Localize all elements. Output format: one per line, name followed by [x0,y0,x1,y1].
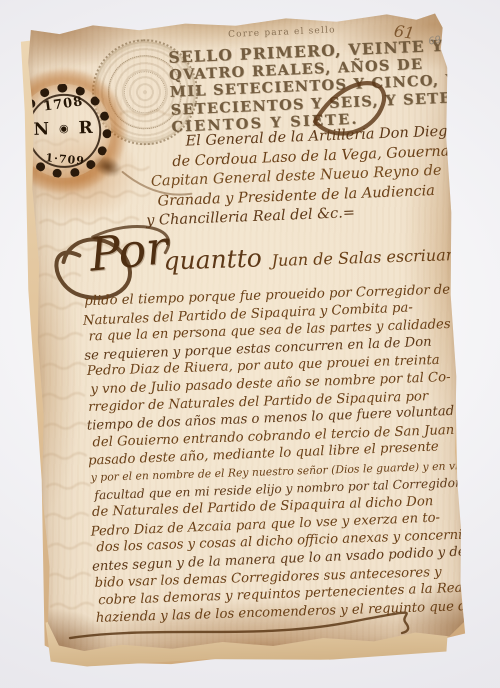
opening-word: quantto [163,243,262,275]
opening-rest: Juan de Salas escriuano a cum- [271,243,500,270]
opening-initial: Por [87,220,171,282]
overprint-line: Corre para el sello [228,25,336,40]
orb-ornament-icon: ◉ [59,122,71,135]
sello-heading: SELLO PRIMERO, VEINTE Y QVATRO REALES, A… [168,37,444,137]
folio-number-pencil: 69 [428,35,442,48]
stamp-letter-left: N [33,119,51,140]
intro-paragraph: El General de la Artilleria Don Diego de… [147,123,452,231]
stamp-letter-right: R [78,118,95,139]
manuscript-page: 1708 N ◉ R 1·709 Corre para el sello SEL… [26,11,467,655]
body-paragraph: plido el tiempo porque fue proueido por … [82,281,458,628]
folio-number-ink: 61 [393,21,416,43]
photo-background: 1708 N ◉ R 1·709 Corre para el sello SEL… [0,0,500,688]
